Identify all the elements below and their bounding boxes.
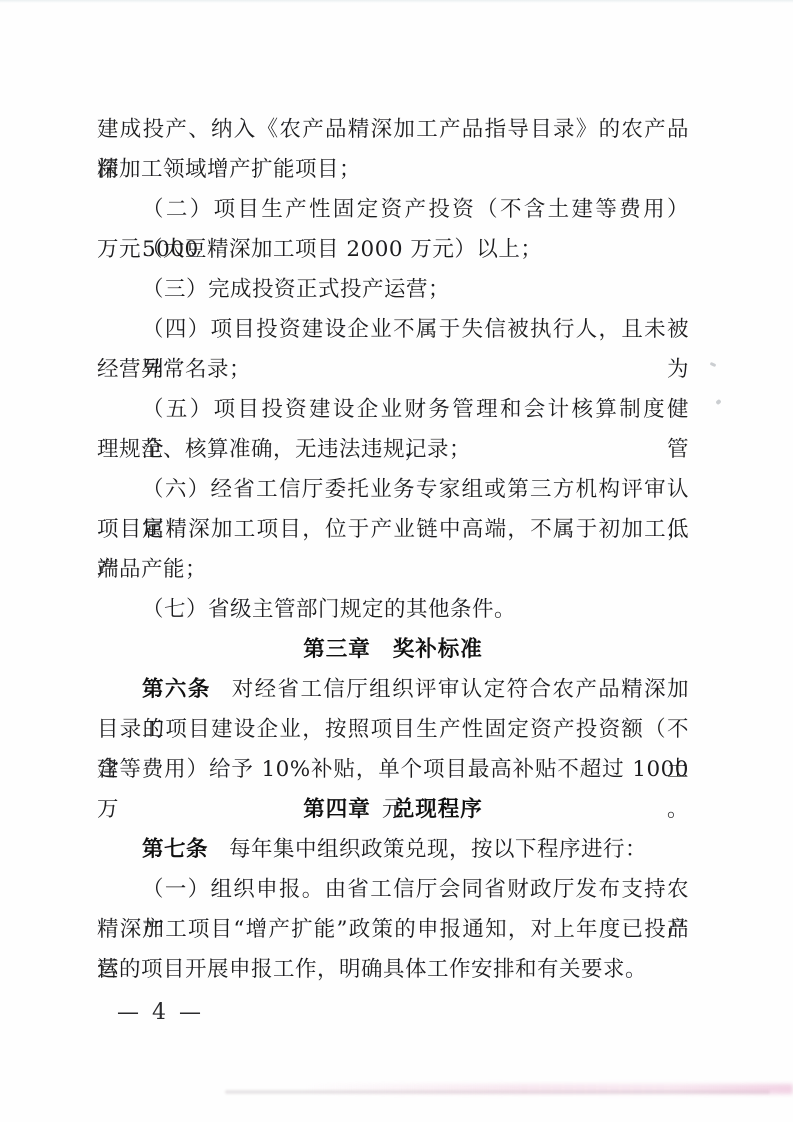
text-line: （一）组织申报。由省工信厅会同省财政厅发布支持农产品 [97,870,689,910]
chapter-title: 兑现程序 [393,797,483,822]
text-line: （五）项目投资建设企业财务管理和会计核算制度健全，管 [97,390,689,430]
article-number: 第七条 [142,837,208,862]
text-line: 建成投产、纳入《农产品精深加工产品指导目录》的农产品精 [97,110,689,150]
scan-artifact-speck [715,399,721,405]
text-line: 目录的项目建设企业，按照项目生产性固定资产投资额（不含土 [97,710,689,750]
text-line: 精深加工项目“增产扩能”政策的申报通知，对上年度已投产运 [97,910,689,950]
chapter-number: 第四章 [303,797,371,822]
text-line: 第六条对经省工信厅组织评审认定符合农产品精深加工 [97,670,689,710]
article-text: 每年集中组织政策兑现，按以下程序进行： [229,837,647,862]
article-number: 第六条 [142,677,211,702]
page-number: — 4 — [117,1000,204,1025]
scan-artifact-streak [300,1084,793,1094]
text-line: 项目属精深加工项目，位于产业链中高端，不属于初加工低端 [97,510,689,550]
text-line: （四）项目投资建设企业不属于失信被执行人，且未被列为 [97,310,689,350]
text-line: （六）经省工信厅委托业务专家组或第三方机构评审认定， [97,470,689,510]
text-line: （七）省级主管部门规定的其他条件。 [97,590,689,630]
chapter-heading-3: 第三章奖补标准 [97,630,689,670]
text-line: （三）完成投资正式投产运营； [97,270,689,310]
scan-top-edge [0,0,793,3]
text-line: 万元（大豆精深加工项目 2000 万元）以上； [97,230,689,270]
text-line: 第七条每年集中组织政策兑现，按以下程序进行： [97,830,689,870]
document-body: 建成投产、纳入《农产品精深加工产品指导目录》的农产品精 深加工领域增产扩能项目；… [97,110,689,990]
text-line: 建等费用）给予 10%补贴，单个项目最高补贴不超过 1000 万元。 [97,750,689,790]
text-line: 营的项目开展申报工作，明确具体工作安排和有关要求。 [97,950,689,990]
document-page: 建成投产、纳入《农产品精深加工产品指导目录》的农产品精 深加工领域增产扩能项目；… [0,0,793,1122]
scan-artifact-speck [710,362,717,367]
chapter-title: 奖补标准 [393,637,483,662]
text-line: （二）项目生产性固定资产投资（不含土建等费用）5000 [97,190,689,230]
text-line: 产品产能； [97,550,689,590]
chapter-number: 第三章 [303,637,371,662]
text-line: 深加工领域增产扩能项目； [97,150,689,190]
